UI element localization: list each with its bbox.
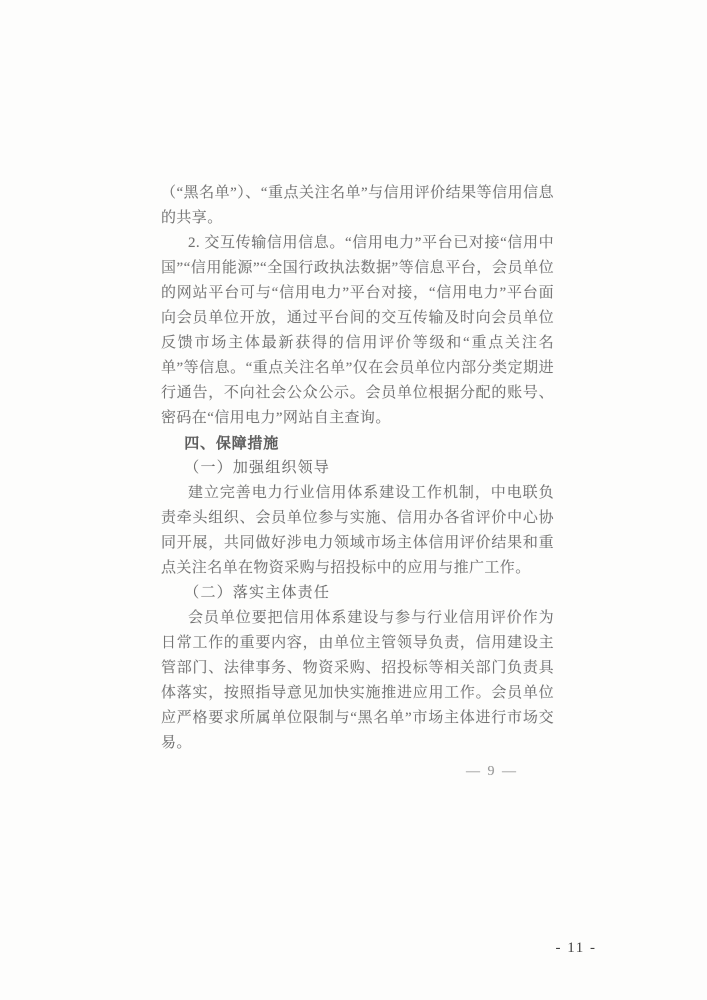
section-heading-safeguard-measures: 四、保障措施 (161, 431, 554, 456)
paragraph-member-unit-duties: 会员单位要把信用体系建设与参与行业信用评价作为日常工作的重要内容，由单位主管领导… (161, 606, 554, 756)
paragraph-work-mechanism: 建立完善电力行业信用体系建设工作机制，中电联负责牵头组织、会员单位参与实施、信用… (161, 481, 554, 581)
paragraph-continuation: （“黑名单”）、“重点关注名单”与信用评价结果等信用信息的共享。 (161, 181, 554, 231)
scanned-page-number: — 9 — (161, 759, 554, 784)
paragraph-credit-info-transfer: 2. 交互传输信用信息。“信用电力”平台已对接“信用中国”“信用能源”“全国行政… (161, 231, 554, 431)
subsection-heading-strengthen-leadership: （一）加强组织领导 (161, 456, 554, 481)
scanned-document-page: （“黑名单”）、“重点关注名单”与信用评价结果等信用信息的共享。 2. 交互传输… (0, 0, 707, 1000)
document-body: （“黑名单”）、“重点关注名单”与信用评价结果等信用信息的共享。 2. 交互传输… (161, 181, 554, 784)
pdf-page-number: - 11 - (546, 940, 606, 957)
subsection-heading-implement-responsibility: （二）落实主体责任 (161, 581, 554, 606)
